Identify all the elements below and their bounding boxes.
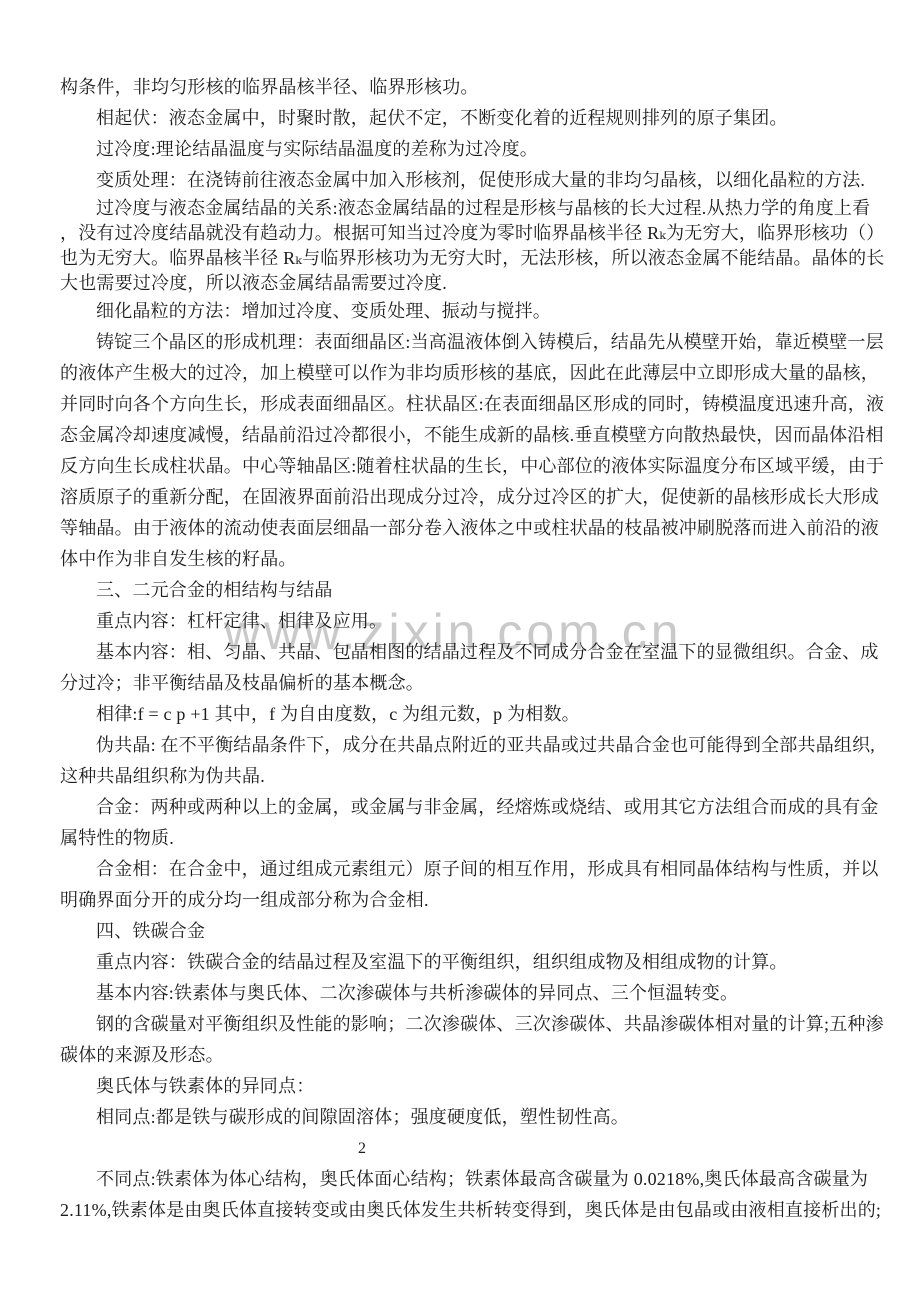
text-line: 的液体产生极大的过冷，加上模壁可以作为非均质形核的基底，因此在此薄层中立即形成大… <box>60 358 860 389</box>
text-line: 合金相：在合金中，通过组成元素组元）原子间的相互作用，形成具有相同晶体结构与性质… <box>60 854 860 885</box>
text-line: 重点内容：铁碳合金的结晶过程及室温下的平衡组织，组织组成物及相组成物的计算。 <box>60 947 860 978</box>
text-line: 相律:f = c p +1 其中，f 为自由度数，c 为组元数，p 为相数。 <box>60 699 860 730</box>
text-line: 这种共晶组织称为伪共晶. <box>60 761 860 792</box>
text-line: 合金：两种或两种以上的金属，或金属与非金属，经熔炼或烧结、或用其它方法组合而成的… <box>60 792 860 823</box>
text-line: 体中作为非自发生核的籽晶。 <box>60 544 860 575</box>
text-line: 也为无穷大。临界晶核半径 Rₖ与临界形核功为无穷大时，无法形核，所以液态金属不能… <box>60 246 860 271</box>
text-line: 钢的含碳量对平衡组织及性能的影响；二次渗碳体、三次渗碳体、共晶渗碳体相对量的计算… <box>60 1009 860 1040</box>
page-number: 2 <box>60 1133 860 1164</box>
text-line: 伪共晶: 在不平衡结晶条件下，成分在共晶点附近的亚共晶或过共晶合金也可能得到全部… <box>60 730 860 761</box>
text-line: 2.11%,铁素体是由奥氏体直接转变或由奥氏体发生共析转变得到，奥氏体是由包晶或… <box>60 1195 860 1226</box>
text-line: 相起伏：液态金属中，时聚时散，起伏不定，不断变化着的近程规则排列的原子集团。 <box>60 103 860 134</box>
text-line: 铸锭三个晶区的形成机理：表面细晶区:当高温液体倒入铸模后，结晶先从模壁开始，靠近… <box>60 327 860 358</box>
text-line: 大也需要过冷度，所以液态金属结晶需要过冷度. <box>60 271 860 296</box>
text-line: 奥氏体与铁素体的异同点： <box>60 1071 860 1102</box>
text-line: 不同点:铁素体为体心结构，奥氏体面心结构；铁素体最高含碳量为 0.0218%,奥… <box>60 1164 860 1195</box>
document-page: www.zixin.com.cn 构条件，非均匀形核的临界晶核半径、临界形核功。… <box>0 0 920 1302</box>
text-line: 明确界面分开的成分均一组成部分称为合金相. <box>60 885 860 916</box>
section-heading: 三、二元合金的相结构与结晶 <box>60 575 860 606</box>
section-heading: 四、铁碳合金 <box>60 916 860 947</box>
text-line: 过冷度:理论结晶温度与实际结晶温度的差称为过冷度。 <box>60 134 860 165</box>
text-line: 重点内容：杠杆定律、相律及应用。 <box>60 606 860 637</box>
text-line: 细化晶粒的方法：增加过冷度、变质处理、振动与搅拌。 <box>60 296 860 327</box>
text-line: 过冷度与液态金属结晶的关系:液态金属结晶的过程是形核与晶核的长大过程.从热力学的… <box>60 196 860 221</box>
text-line: 属特性的物质. <box>60 823 860 854</box>
document-body: 构条件，非均匀形核的临界晶核半径、临界形核功。 相起伏：液态金属中，时聚时散，起… <box>60 72 860 1226</box>
text-line: 构条件，非均匀形核的临界晶核半径、临界形核功。 <box>60 72 860 103</box>
text-line: 等轴晶。由于液体的流动使表面层细晶一部分卷入液体之中或柱状晶的枝晶被冲刷脱落而进… <box>60 513 860 544</box>
text-line: 反方向生长成柱状晶。中心等轴晶区:随着柱状晶的生长，中心部位的液体实际温度分布区… <box>60 451 860 482</box>
text-line: 基本内容:铁素体与奥氏体、二次渗碳体与共析渗碳体的异同点、三个恒温转变。 <box>60 978 860 1009</box>
text-line: 基本内容：相、匀晶、共晶、包晶相图的结晶过程及不同成分合金在室温下的显微组织。合… <box>60 637 860 668</box>
text-line: 碳体的来源及形态。 <box>60 1040 860 1071</box>
text-line: 并同时向各个方向生长，形成表面细晶区。柱状晶区:在表面细晶区形成的同时，铸模温度… <box>60 389 860 420</box>
text-line: 态金属冷却速度减慢，结晶前沿过冷都很小，不能生成新的晶核.垂直模壁方向散热最快，… <box>60 420 860 451</box>
text-line: 相同点:都是铁与碳形成的间隙固溶体；强度硬度低，塑性韧性高。 <box>60 1102 860 1133</box>
text-line: 溶质原子的重新分配，在固液界面前沿出现成分过冷，成分过冷区的扩大，促使新的晶核形… <box>60 482 860 513</box>
text-line: 分过冷；非平衡结晶及枝晶偏析的基本概念。 <box>60 668 860 699</box>
text-line: ，没有过冷度结晶就没有趋动力。根据可知当过冷度为零时临界晶核半径 Rₖ为无穷大，… <box>60 221 860 246</box>
text-line: 变质处理：在浇铸前往液态金属中加入形核剂，促使形成大量的非均匀晶核，以细化晶粒的… <box>60 165 860 196</box>
